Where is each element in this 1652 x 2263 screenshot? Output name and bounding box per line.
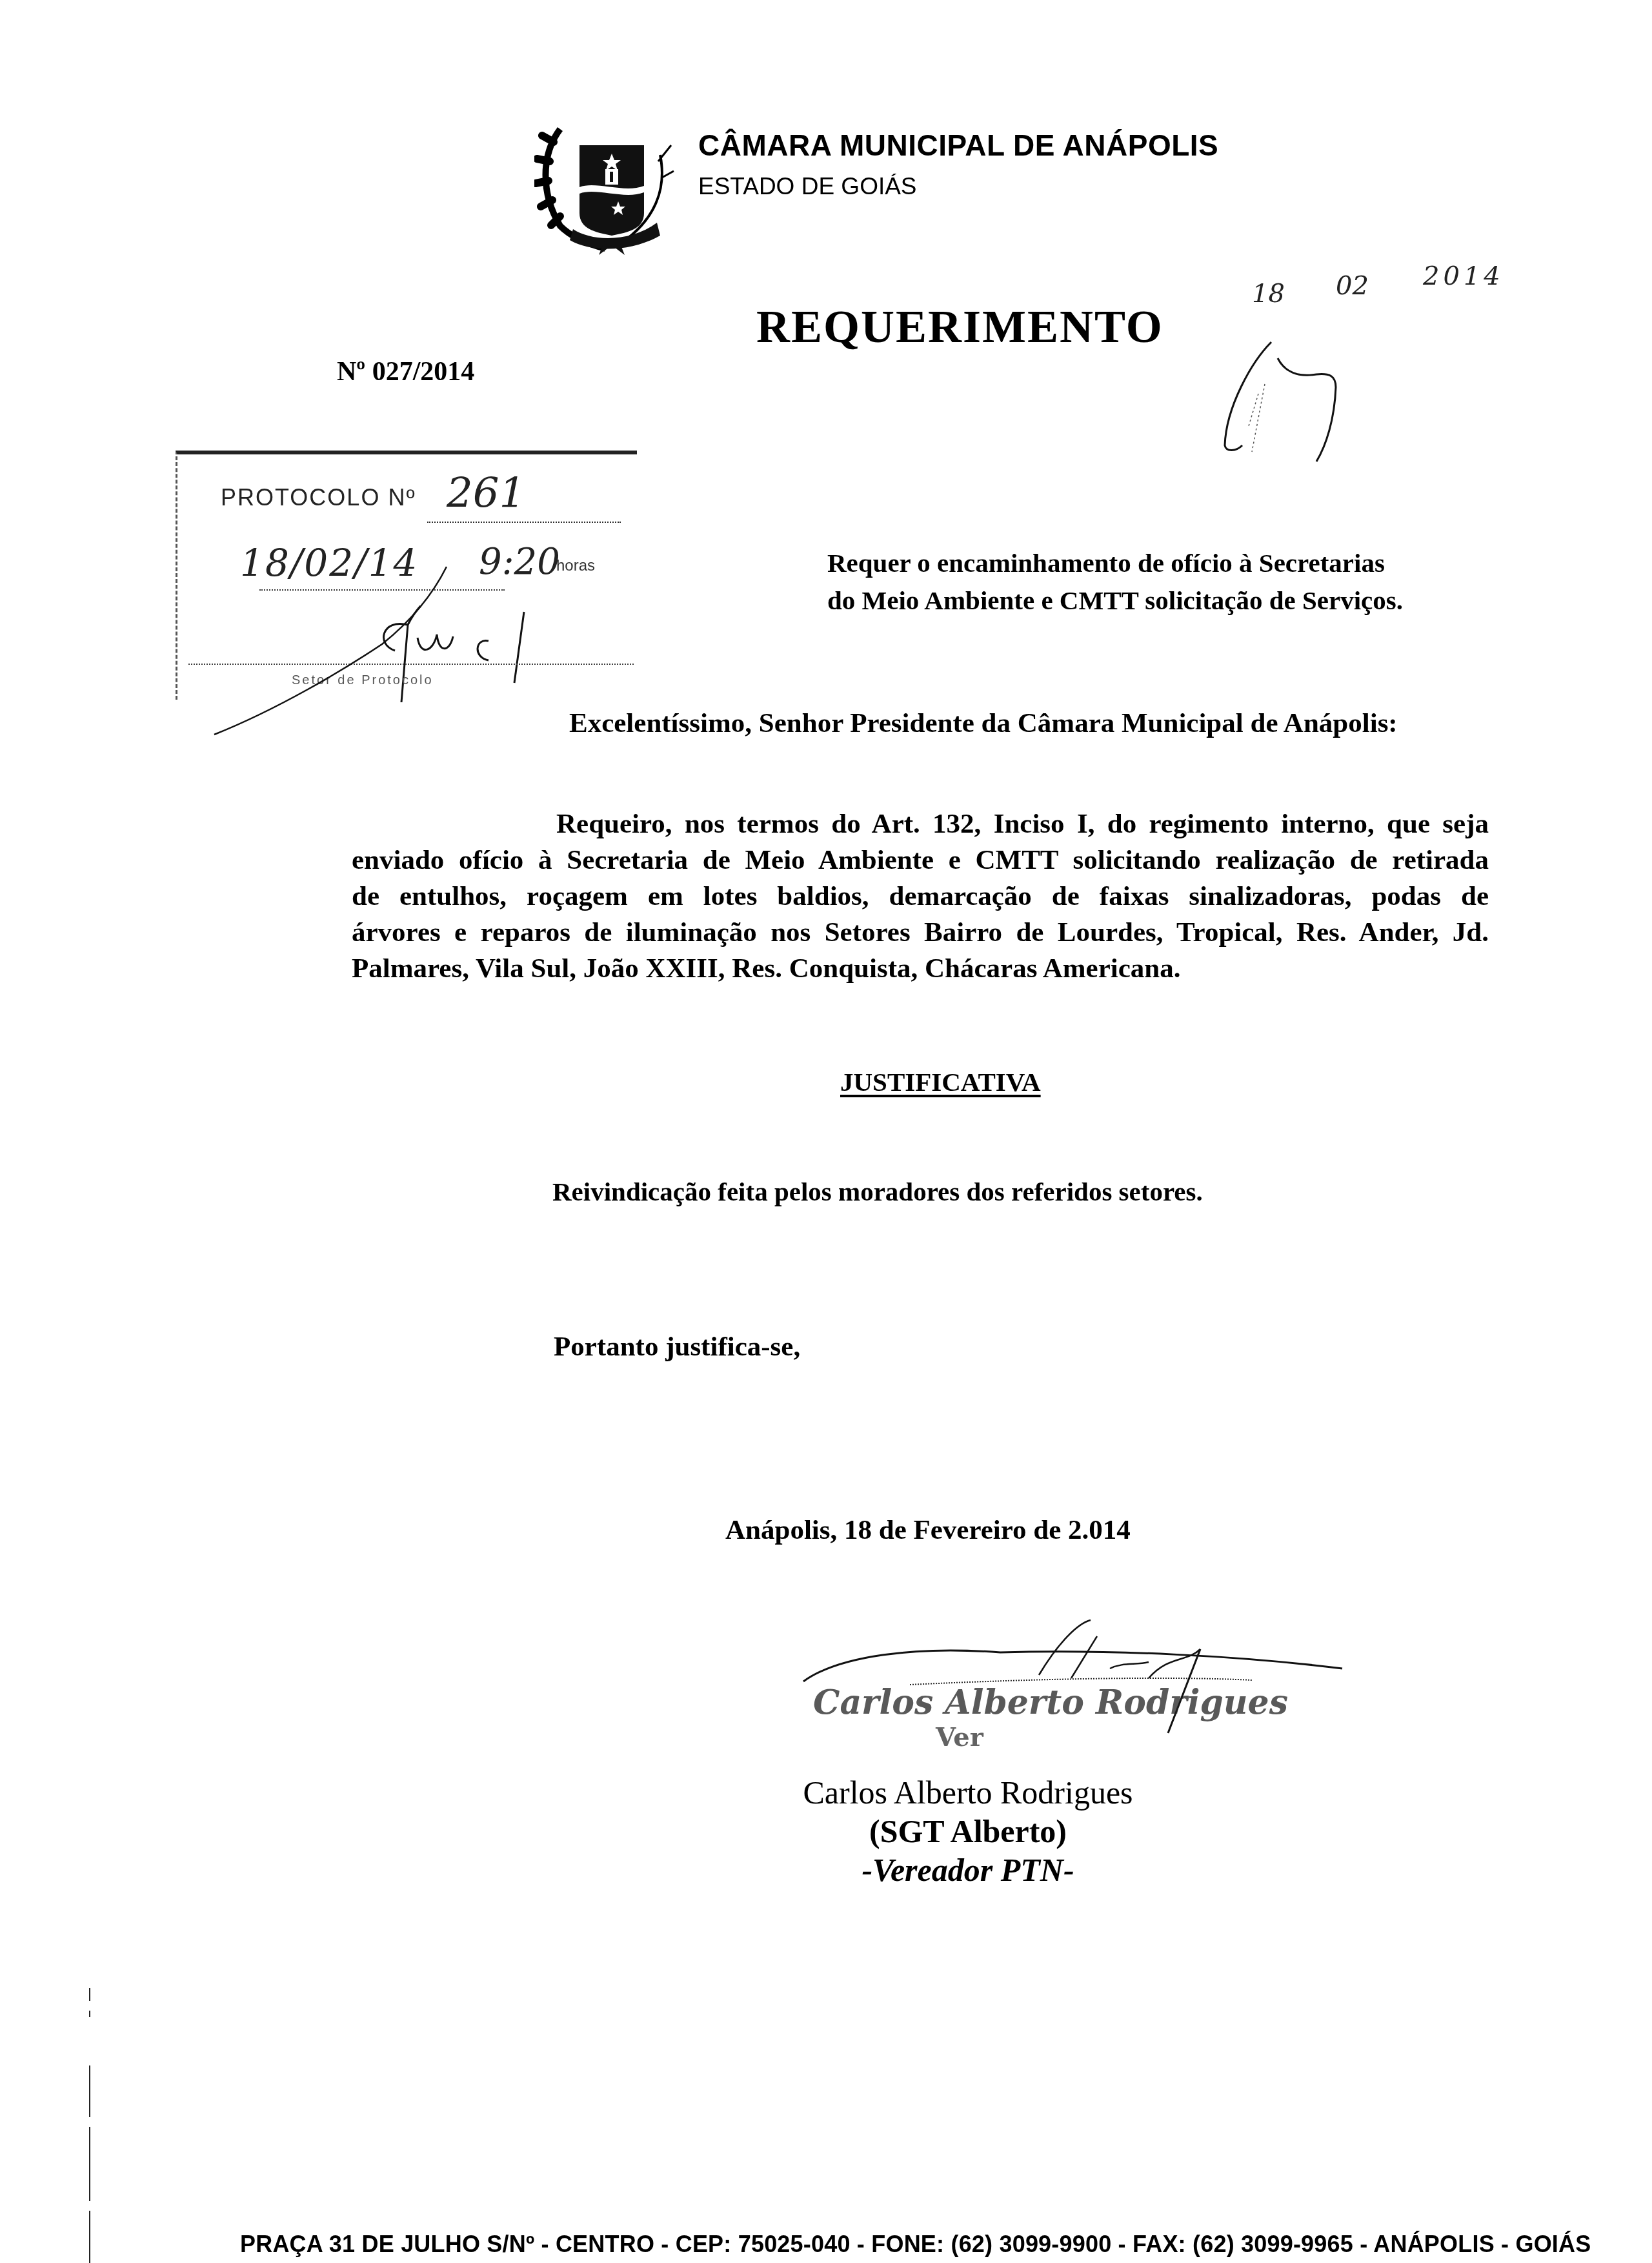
body-line: de entulhos, roçagem em lotes baldios, d… (352, 880, 1489, 912)
body-line: enviado ofício à Secretaria de Meio Ambi… (352, 844, 1489, 876)
handwritten-month: 02 (1336, 271, 1369, 301)
document-title: REQUERIMENTO (756, 300, 1163, 354)
svg-text:Carlos Alberto Rodrigues: Carlos Alberto Rodrigues (813, 1683, 1288, 1722)
signatory-role: -Vereador PTN- (742, 1851, 1194, 1889)
place-date: Anápolis, 18 de Fevereiro de 2.014 (725, 1514, 1131, 1546)
svg-text:Ver: Ver (935, 1722, 984, 1752)
signatory-name: Carlos Alberto Rodrigues (742, 1774, 1194, 1811)
scan-edge-mark (88, 1988, 92, 2263)
stamp-time: 9:20 (479, 541, 560, 583)
handwritten-year: 2014 (1423, 261, 1504, 291)
handwritten-day: 18 (1252, 279, 1285, 309)
organization-state: ESTADO DE GOIÁS (698, 173, 917, 200)
handwritten-initials-icon (1213, 323, 1368, 471)
stamp-label: PROTOCOLO Nº (221, 484, 416, 511)
closing-text: Portanto justifica-se, (554, 1331, 800, 1363)
justification-text: Reivindicação feita pelos moradores dos … (552, 1176, 1203, 1207)
salutation: Excelentíssimo, Senhor Presidente da Câm… (569, 707, 1398, 739)
document-number: Nº 027/2014 (337, 356, 474, 387)
body-line: Palmares, Vila Sul, João XXIII, Res. Con… (352, 953, 1489, 984)
justification-heading: JUSTIFICATIVA (840, 1066, 1041, 1097)
stamp-protocol-number: 261 (447, 470, 525, 518)
signatory-nickname: (SGT Alberto) (742, 1812, 1194, 1850)
stamp-time-unit: horas (556, 557, 595, 575)
organization-name: CÂMARA MUNICIPAL DE ANÁPOLIS (698, 128, 1218, 163)
handwritten-signature-icon: Carlos Alberto Rodrigues Ver (787, 1617, 1355, 1752)
footer-address: PRAÇA 31 DE JULHO S/Nº - CENTRO - CEP: 7… (240, 2231, 1591, 2258)
summary-line: do Meio Ambiente e CMTT solicitação de S… (827, 585, 1403, 616)
stamp-divider (188, 664, 634, 665)
body-line: Requeiro, nos termos do Art. 132, Inciso… (556, 808, 1489, 840)
municipal-coat-of-arms-icon (534, 116, 683, 255)
body-line: árvores e reparos de iluminação nos Seto… (352, 917, 1489, 948)
protocol-stamp: PROTOCOLO Nº 261 18/02/14 9:20 horas Set… (176, 451, 640, 709)
stamp-divider (259, 589, 505, 591)
summary-line: Requer o encaminhamento de ofício à Secr… (827, 547, 1385, 578)
stamp-footer: Setor de Protocolo (292, 673, 434, 688)
stamp-divider (427, 522, 621, 523)
stamp-date: 18/02/14 (240, 541, 419, 585)
